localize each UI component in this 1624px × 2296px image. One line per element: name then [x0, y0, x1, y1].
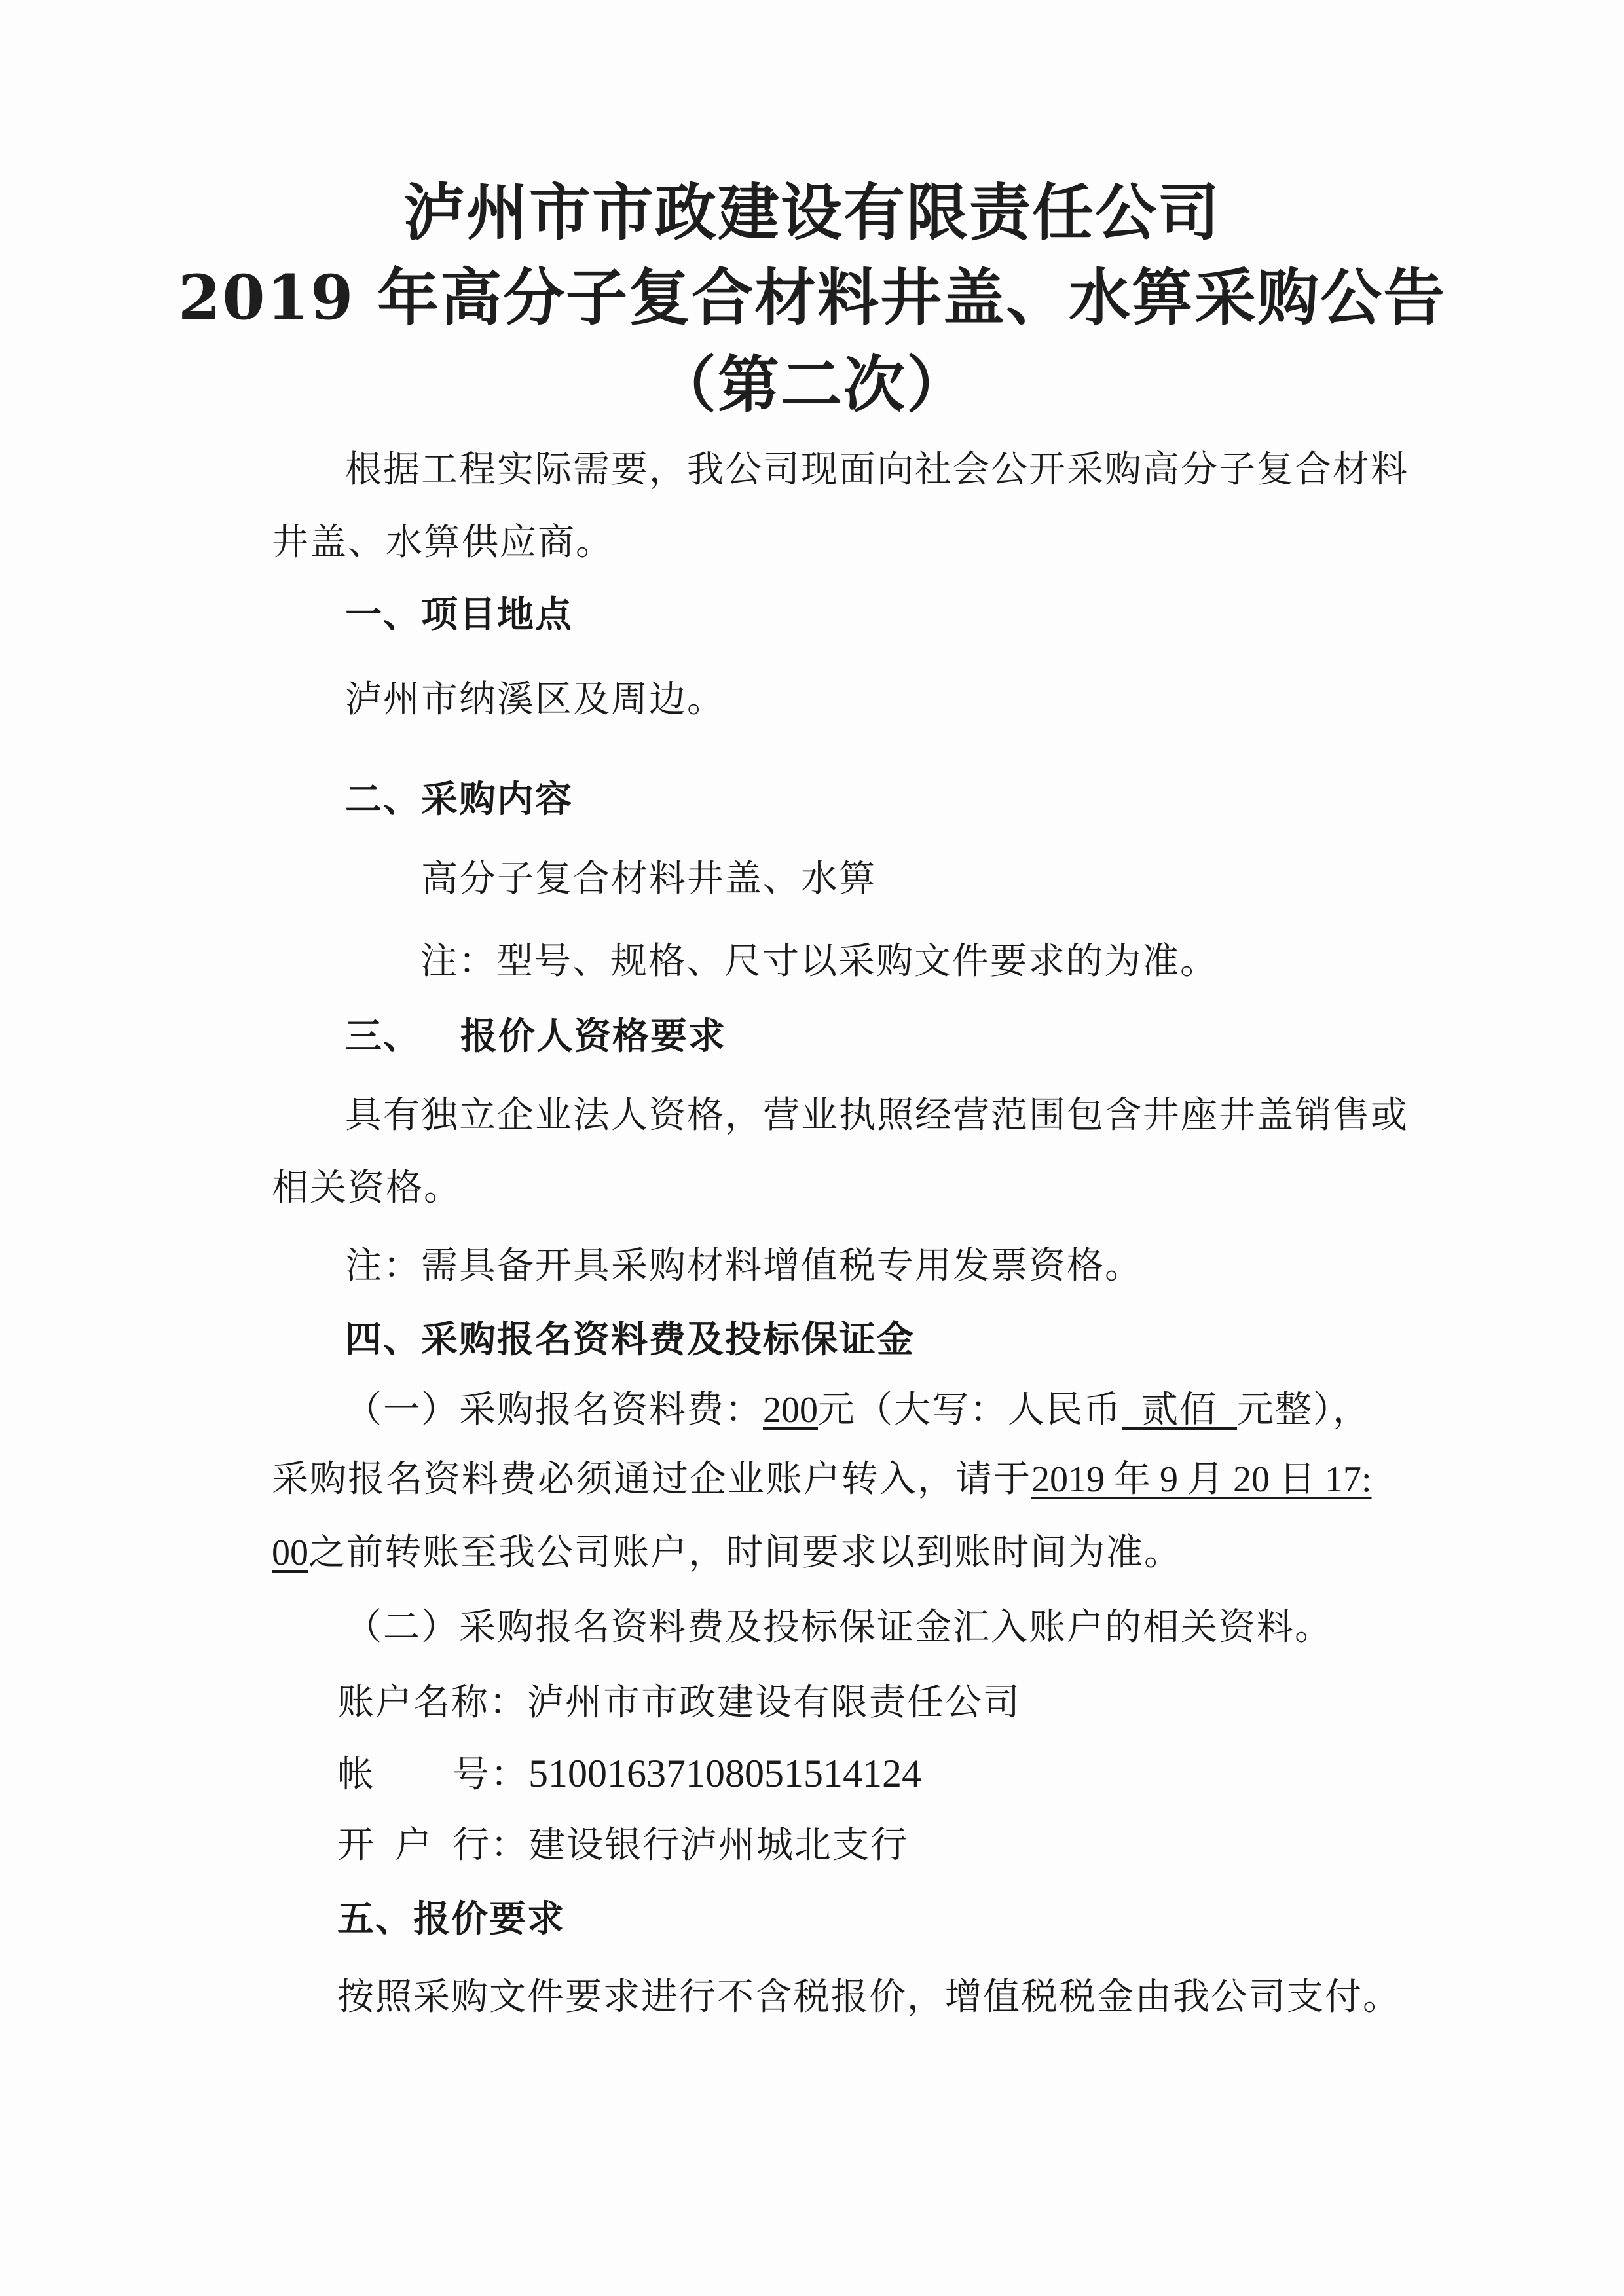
fee-line-1: （一）采购报名资料费：200元（大写：人民币 贰佰 元整）， [345, 1389, 1371, 1431]
section-2-note: 注：型号、规格、尺寸以采购文件要求的为准。 [420, 941, 1218, 983]
section-2-item: 高分子复合材料井盖、水箅 [421, 858, 877, 900]
bank-label-2: 户 [395, 1824, 433, 1867]
section-3-heading-text: 报价人资格要求 [460, 1015, 726, 1058]
section-5-text: 按照采购文件要求进行不含税报价，增值税税金由我公司支付。 [337, 1977, 1401, 2018]
account-number-label-2: 号： [452, 1753, 528, 1796]
fee-amount: 200 [763, 1390, 818, 1430]
fee-deadline-date: 2019 年 9 月 20 日 17: [1031, 1459, 1372, 1500]
section-3-text-line-1: 具有独立企业法人资格，营业执照经营范围包含井座井盖销售或 [345, 1095, 1409, 1137]
title-announcement: 2019 年高分子复合材料井盖、水箅采购公告 [0, 265, 1624, 331]
account-number-label-1: 帐 [337, 1753, 375, 1796]
fee-deadline-minutes: 00 [272, 1533, 308, 1573]
section-2-heading: 二、采购内容 [345, 778, 573, 820]
fee-line-3: 00之前转账至我公司账户，时间要求以到账时间为准。 [272, 1532, 1182, 1574]
account-number-row: 帐号：51001637108051514124 [337, 1753, 921, 1796]
bank-value: 建设银行泸州城北支行 [528, 1824, 908, 1867]
fee-mid: 元（大写：人民币 [818, 1389, 1122, 1431]
intro-line-2: 井盖、水箅供应商。 [272, 522, 614, 564]
title-round: （第二次） [0, 352, 1624, 418]
bank-row: 开户行：建设银行泸州城北支行 [337, 1825, 908, 1867]
intro-line-1: 根据工程实际需要，我公司现面向社会公开采购高分子复合材料 [345, 449, 1409, 491]
account-number-value: 51001637108051514124 [528, 1752, 921, 1795]
account-info-intro: （二）采购报名资料费及投标保证金汇入账户的相关资料。 [345, 1607, 1333, 1649]
bank-label-1: 开 [337, 1824, 375, 1867]
section-1-heading: 一、项目地点 [345, 594, 573, 636]
fee-deadline-note: 之前转账至我公司账户，时间要求以到账时间为准。 [308, 1531, 1182, 1574]
section-3-heading: 三、报价人资格要求 [345, 1015, 726, 1057]
fee-transfer-text: 采购报名资料费必须通过企业账户转入，请于 [272, 1458, 1031, 1501]
fee-amount-words: 贰佰 [1122, 1389, 1237, 1431]
account-name-value: 泸州市市政建设有限责任公司 [527, 1681, 1021, 1724]
section-4-heading: 四、采购报名资料费及投标保证金 [345, 1319, 915, 1360]
bank-label-3: 行： [452, 1824, 528, 1867]
document-page: 泸州市市政建设有限责任公司 2019 年高分子复合材料井盖、水箅采购公告 （第二… [0, 0, 1624, 2296]
section-3-heading-number: 三、 [345, 1015, 421, 1058]
fee-suffix: 元整）， [1237, 1389, 1371, 1431]
fee-prefix: （一）采购报名资料费： [345, 1389, 763, 1431]
section-3-text-line-2: 相关资格。 [272, 1167, 462, 1209]
account-name-row: 账户名称：泸州市市政建设有限责任公司 [337, 1682, 1021, 1724]
section-3-note: 注：需具备开具采购材料增值税专用发票资格。 [345, 1245, 1143, 1287]
fee-line-2: 采购报名资料费必须通过企业账户转入，请于2019 年 9 月 20 日 17: [272, 1459, 1372, 1501]
account-name-label: 账户名称： [337, 1681, 527, 1724]
title-company: 泸州市市政建设有限责任公司 [0, 180, 1624, 246]
section-5-heading: 五、报价要求 [337, 1898, 565, 1940]
section-1-text: 泸州市纳溪区及周边。 [345, 679, 725, 721]
